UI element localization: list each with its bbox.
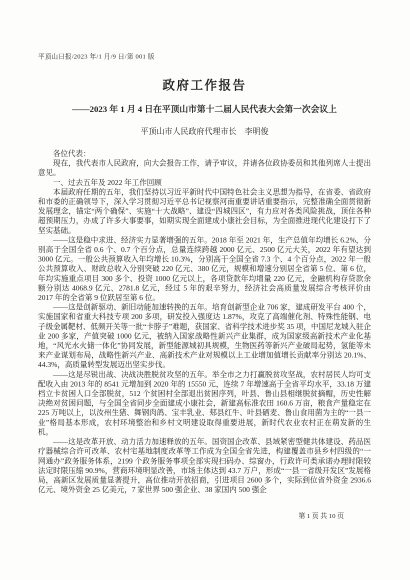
page-title: 政府工作报告 <box>38 76 371 94</box>
salutation: 各位代表： <box>38 150 371 160</box>
source-line: 平顶山日报/2023 年/1 月/9 日/第 001 版 <box>38 51 371 61</box>
body-paragraph: 本届政府任期的五年，我们坚持以习近平新时代中国特色社会主义思想为指导，在省委、省… <box>38 188 371 236</box>
section-heading: 一、过去五年及 2022 年工作回顾 <box>38 178 371 188</box>
body-paragraph: ——这是创新驱动、新旧动能加速转换的五年。培育创新型企业 706 家，建成研发平… <box>38 303 371 370</box>
body-paragraph: ——这是改革开放、动力活力加速释放的五年。国资国企改革、县域紧密型健共体建设、药… <box>38 438 371 496</box>
page-footer: 第 1 页 共 10 页 <box>298 510 344 520</box>
report-body: 各位代表： 现在，我代表市人民政府，向大会报告工作，请予审议，并请各位政协委员和… <box>38 150 371 496</box>
report-page: 平顶山日报/2023 年/1 月/9 日/第 001 版 政府工作报告 ——20… <box>0 0 410 580</box>
subtitle: ——2023 年 1 月 4 日在平顶山市第十二届人民代表大会第一次会议上 <box>38 103 371 116</box>
body-paragraph: ——这是尽锐出战、决战决胜脱贫攻坚的五年。举全市之力打赢脱贫攻坚战，农村居民人均… <box>38 370 371 437</box>
intro-paragraph: 现在，我代表市人民政府，向大会报告工作，请予审议，并请各位政协委员和其他列席人士… <box>38 159 371 178</box>
document-page: 平顶山日报/2023 年/1 月/9 日/第 001 版 政府工作报告 ——20… <box>0 0 410 580</box>
body-paragraph: ——这是稳中求进、经济实力显著增强的五年。2018 年至 2021 年，生产总值… <box>38 236 371 303</box>
byline: 平顶山市人民政府代理市长 李明俊 <box>38 125 371 137</box>
